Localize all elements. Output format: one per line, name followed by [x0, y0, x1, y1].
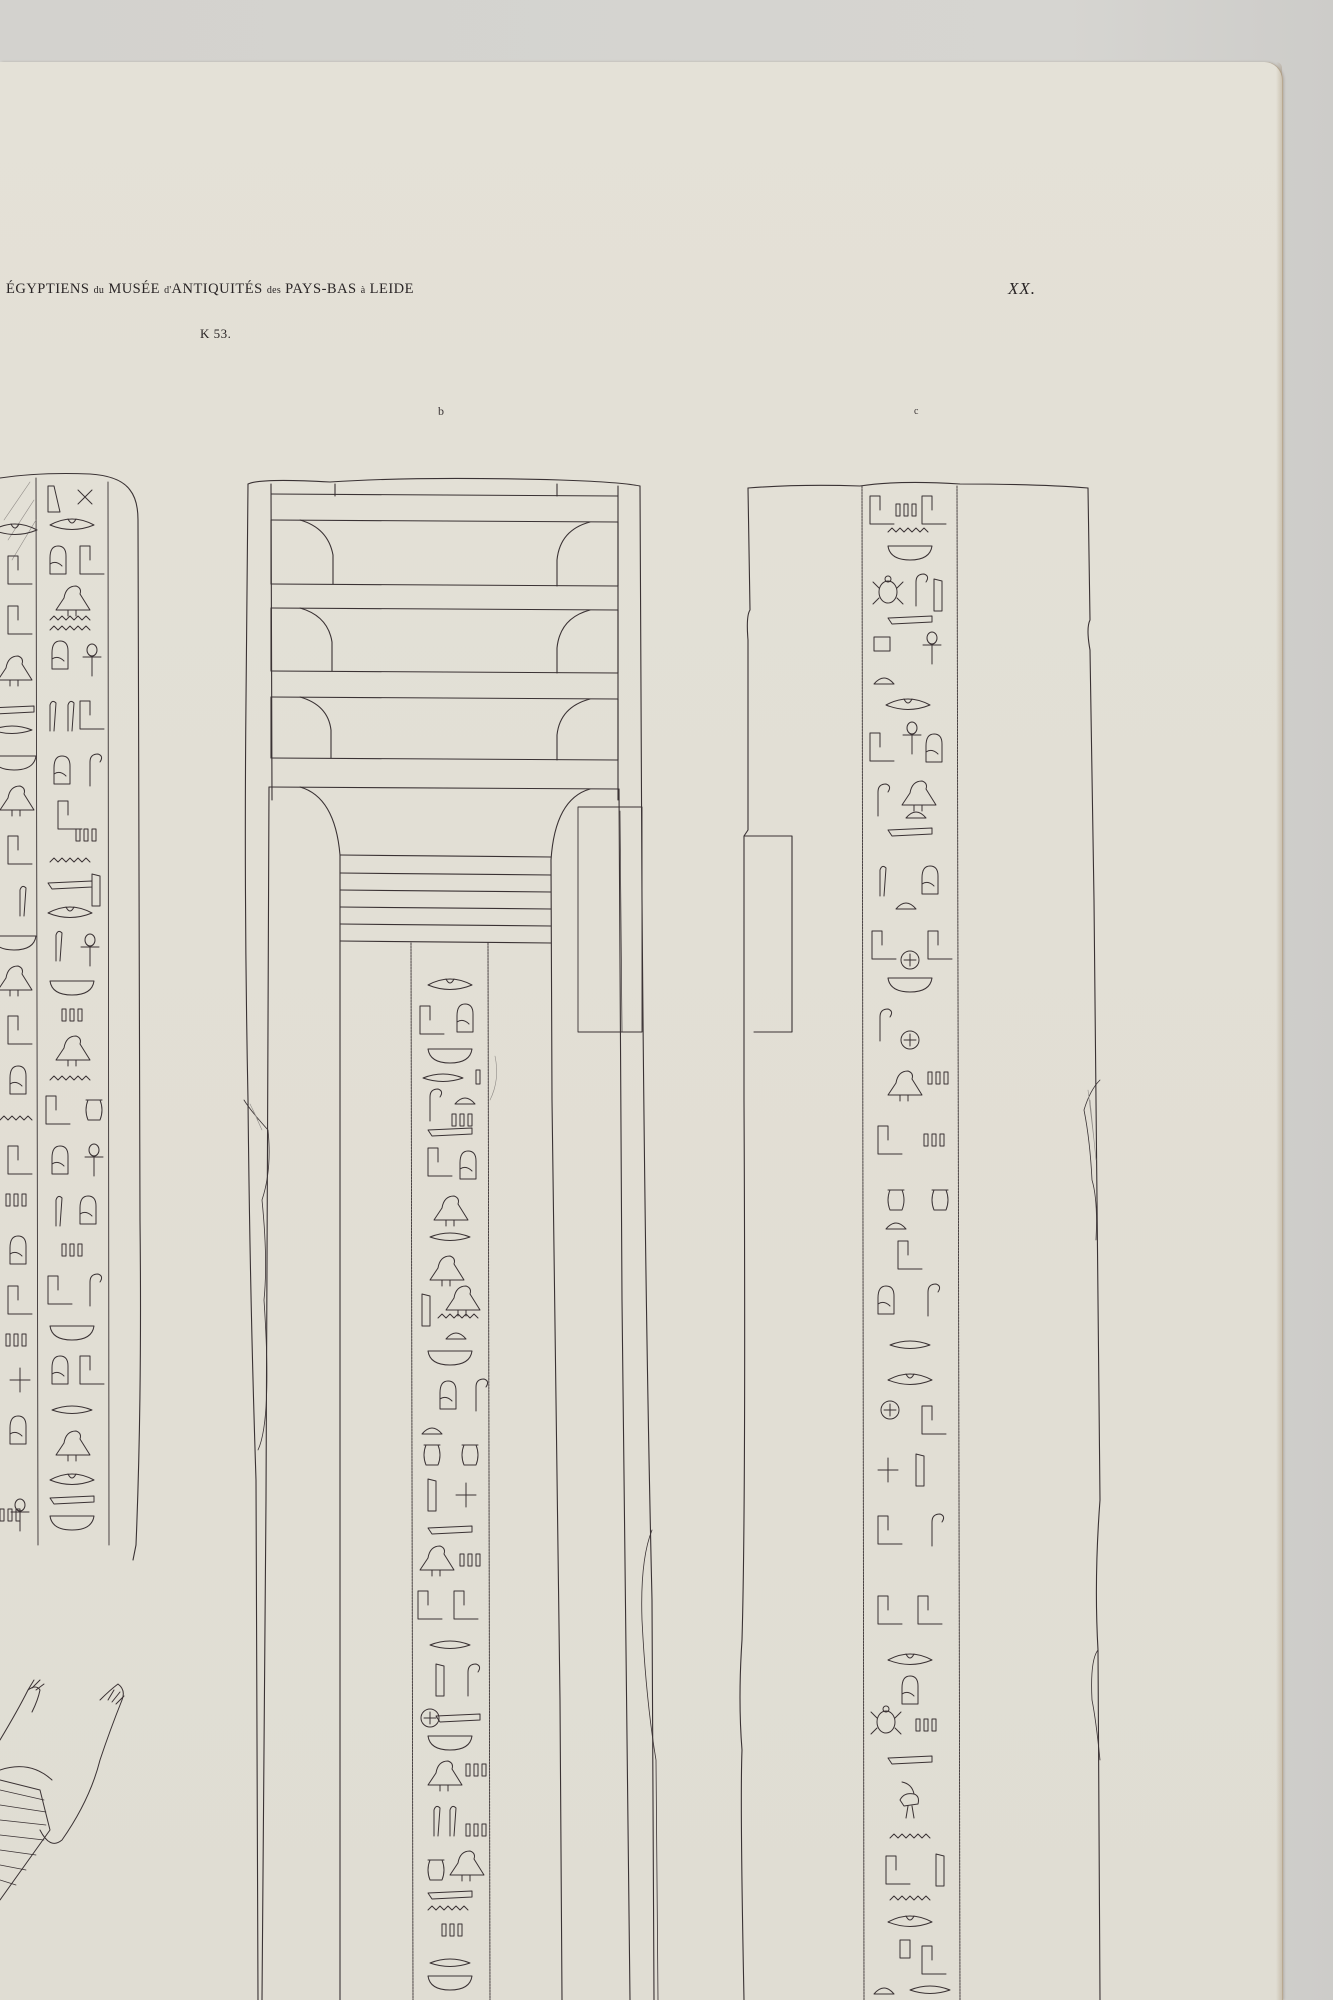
- panel-a: [0, 474, 141, 1901]
- panel-c: [740, 482, 1100, 2000]
- panel-b: [244, 478, 658, 2000]
- engraving-drawing: [0, 0, 1333, 2000]
- figure-raised-hands: [0, 1680, 124, 1900]
